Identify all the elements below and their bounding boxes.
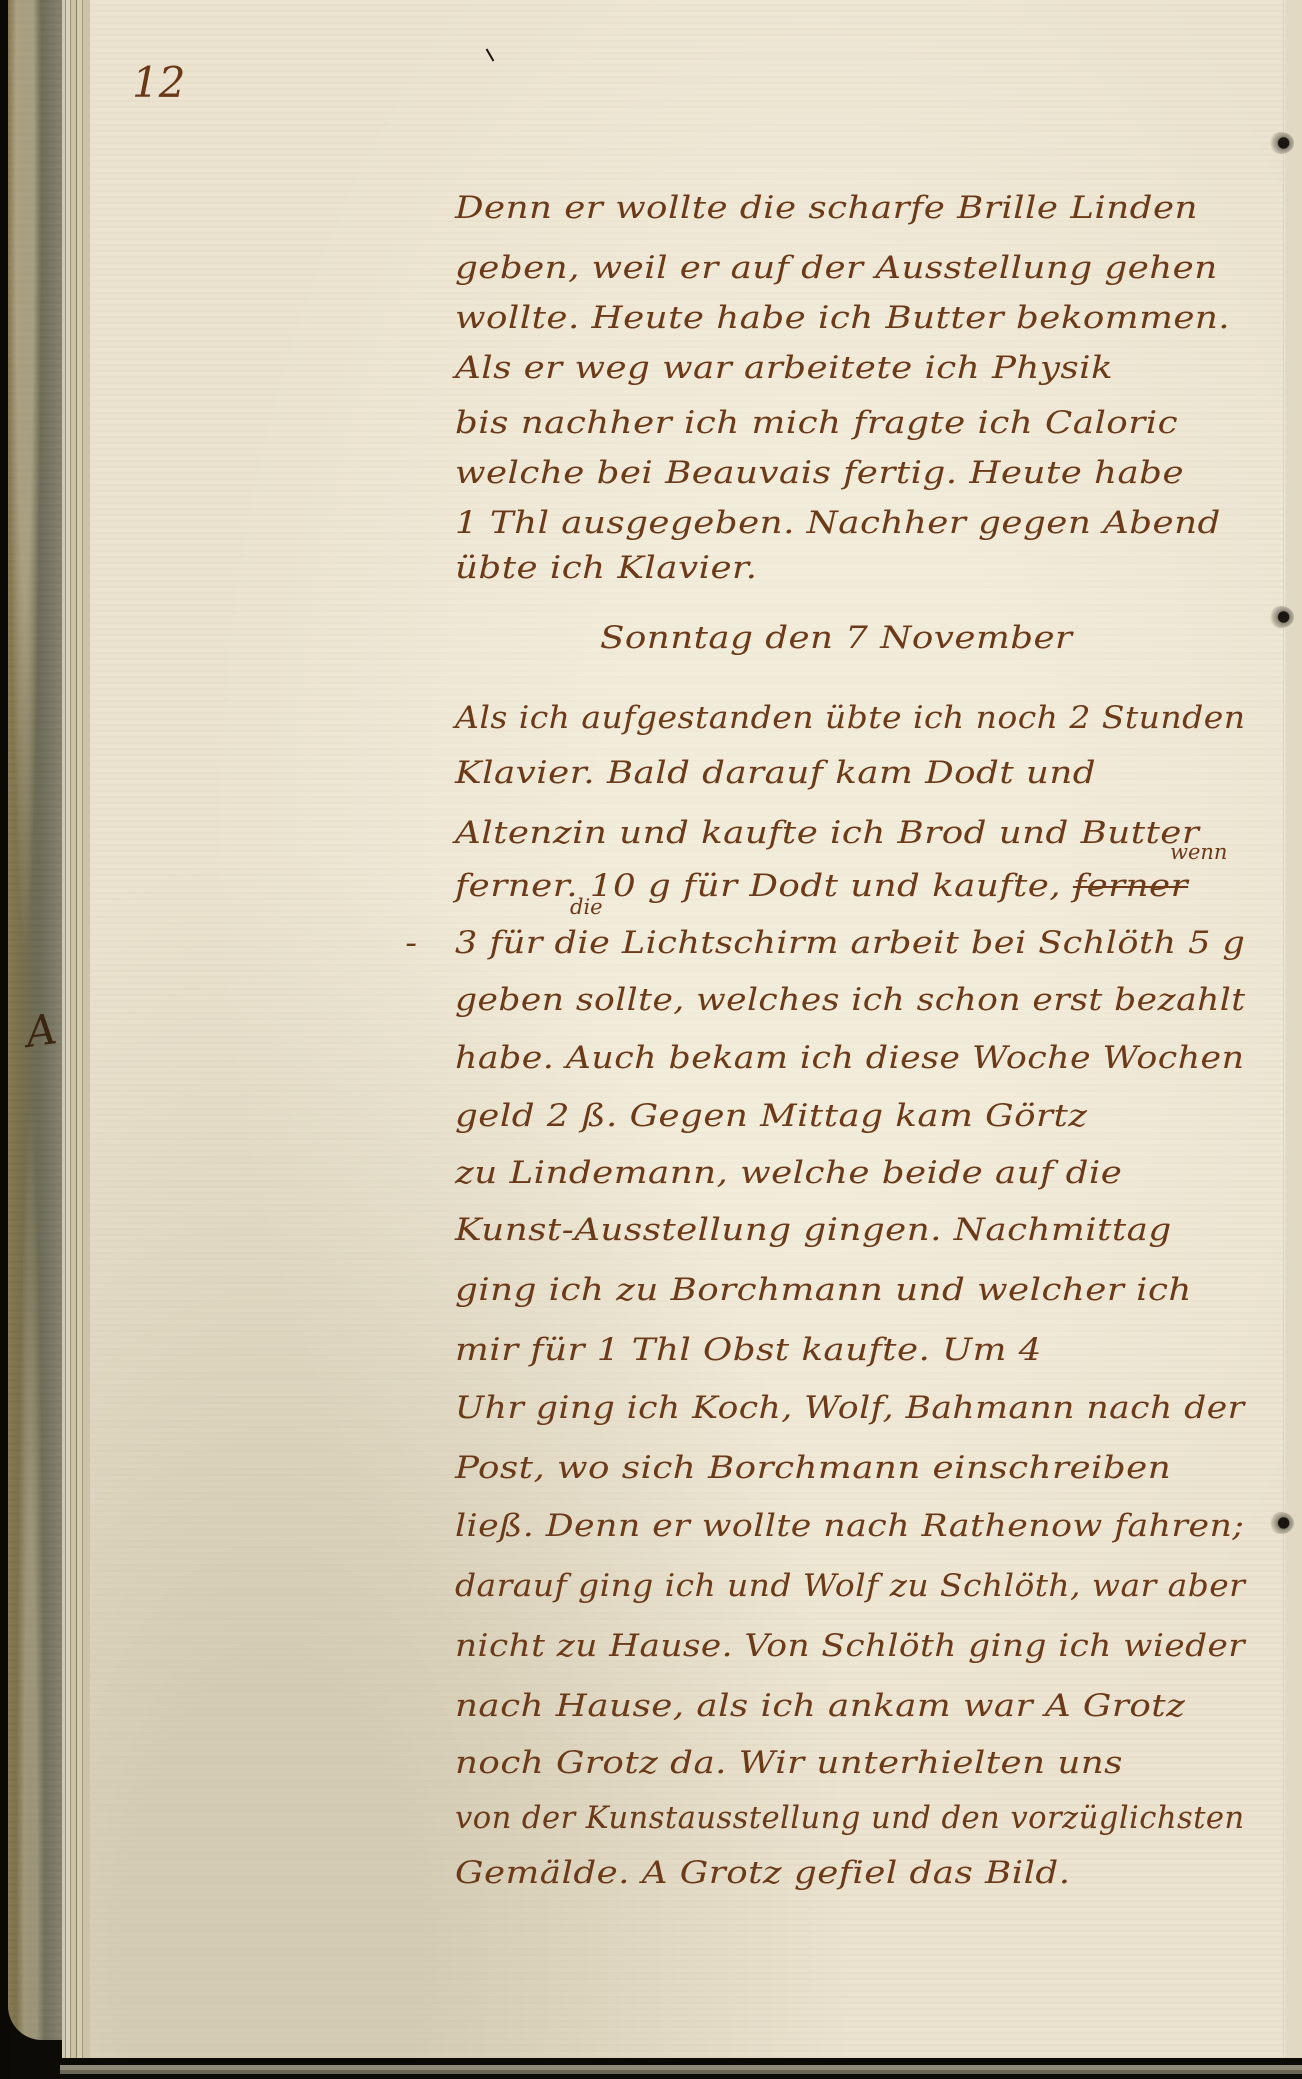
- text-line: geben sollte, welches ich schon erst bez…: [455, 982, 1246, 1018]
- text-line: wollte. Heute habe ich Butter bekommen.: [455, 300, 1230, 336]
- binding-hole-icon: [1268, 132, 1294, 154]
- text-line: übte ich Klavier.: [455, 550, 757, 586]
- text-line: mir für 1 Thl Obst kaufte. Um 4: [455, 1332, 1042, 1368]
- text-line: Uhr ging ich Koch, Wolf, Bahmann nach de…: [455, 1390, 1245, 1426]
- scanned-manuscript-page: A 12 Denn er wollte die scharfe Brille L…: [0, 0, 1302, 2079]
- book-spine-cover: A: [8, 0, 64, 2040]
- text-line: - 3 für die Lichtschirm arbeit bei Schlö…: [455, 925, 1245, 961]
- binding-hole-icon: [1268, 1512, 1294, 1534]
- text-line: von der Kunstausstellung und den vorzügl…: [455, 1800, 1245, 1836]
- text-segment: ferner. 10 g für Dodt und kaufte,: [455, 868, 1061, 904]
- text-line: Post, wo sich Borchmann einschreiben: [455, 1450, 1171, 1486]
- text-line: welche bei Beauvais fertig. Heute habe: [455, 455, 1184, 491]
- text-line: darauf ging ich und Wolf zu Schlöth, war…: [455, 1568, 1245, 1604]
- text-line: Klavier. Bald darauf kam Dodt und: [455, 755, 1096, 791]
- bottom-cover-edge: [60, 2058, 1302, 2079]
- text-line: bis nachher ich mich fragte ich Caloric: [455, 405, 1178, 441]
- text-line: ließ. Denn er wollte nach Rathenow fahre…: [455, 1508, 1244, 1544]
- text-line: zu Lindemann, welche beide auf die: [455, 1155, 1122, 1191]
- stacked-page-edges: [62, 0, 92, 2058]
- adjacent-page-edge: [1286, 0, 1302, 2058]
- inserted-word: wenn: [1170, 840, 1227, 864]
- struck-word: ferner: [1073, 868, 1188, 904]
- text-line: nach Hause, als ich ankam war A Grotz: [455, 1688, 1185, 1724]
- text-line: 1 Thl ausgegeben. Nachher gegen Abend: [455, 505, 1221, 541]
- text-line: Als ich aufgestanden übte ich noch 2 Stu…: [455, 700, 1245, 736]
- text-line: geben, weil er auf der Ausstellung gehen: [455, 250, 1218, 286]
- text-line: ging ich zu Borchmann und welcher ich: [455, 1272, 1192, 1308]
- page-number: 12: [132, 58, 185, 107]
- text-segment: 3 für die Lichtschirm arbeit bei Schlöth…: [455, 925, 1245, 961]
- binding-hole-icon: [1268, 606, 1294, 628]
- spine-mark: A: [23, 1008, 59, 1054]
- text-line: geld 2 ß. Gegen Mittag kam Görtz: [455, 1098, 1088, 1134]
- text-line: ferner. 10 g für Dodt und kaufte, ferner: [455, 868, 1188, 904]
- text-line: Kunst-Ausstellung gingen. Nachmittag: [455, 1212, 1172, 1248]
- text-line: Altenzin und kaufte ich Brod und Butter: [455, 815, 1199, 851]
- text-line: Denn er wollte die scharfe Brille Linden: [455, 190, 1198, 226]
- text-line: Als er weg war arbeitete ich Physik: [455, 350, 1113, 386]
- superscript-insert: die: [570, 895, 603, 919]
- text-line: noch Grotz da. Wir unterhielten uns: [455, 1745, 1123, 1781]
- entry-date-heading: Sonntag den 7 November: [600, 620, 1073, 656]
- text-line: nicht zu Hause. Von Schlöth ging ich wie…: [455, 1628, 1245, 1664]
- margin-dash: -: [405, 925, 417, 961]
- text-line: habe. Auch bekam ich diese Woche Wochen: [455, 1040, 1244, 1076]
- text-line: Gemälde. A Grotz gefiel das Bild.: [455, 1855, 1071, 1891]
